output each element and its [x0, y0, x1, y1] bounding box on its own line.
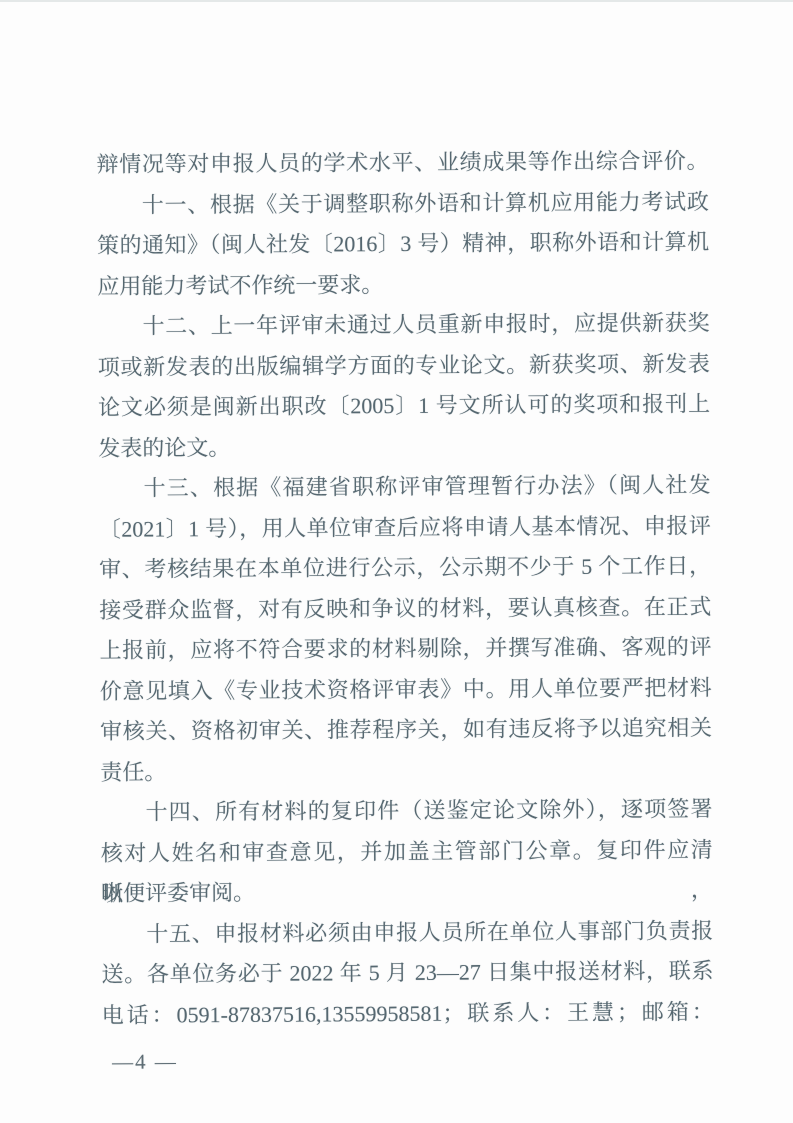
document-line: 十三、根据《福建省职称评审管理暂行办法》（闽人社发	[98, 465, 710, 509]
document-line: 上报前，应将不符合要求的材料剔除，并撰写准确、客观的评	[99, 627, 711, 671]
document-line: 十二、上一年评审未通过人员重新申报时，应提供新获奖	[97, 303, 709, 347]
document-line: 辩情况等对申报人员的学术水平、业绩成果等作出综合评价。	[96, 141, 708, 185]
document-line: 策的通知》（闽人社发〔2016〕3 号）精神，职称外语和计算机	[97, 222, 709, 266]
document-line: 十四、所有材料的复印件（送鉴定论文除外），逐项签署	[100, 789, 712, 833]
document-line: 审、考核结果在本单位进行公示，公示期不少于 5 个工作日，	[99, 546, 711, 590]
document-line: 接受群众监督，对有反映和争议的材料，要认真核查。在正式	[99, 587, 711, 631]
document-line: 送。各单位务必于 2022 年 5 月 23—27 日集中报送材料，联系	[101, 951, 713, 995]
document-line: 责任。	[100, 749, 712, 793]
document-line: 电话：0591-87837516,13559958581；联系人：王慧；邮箱：	[102, 992, 714, 1036]
scan-tilt-wrapper: 辩情况等对申报人员的学术水平、业绩成果等作出综合评价。 十一、根据《关于调整职称…	[0, 0, 793, 1123]
scanned-document-page: 辩情况等对申报人员的学术水平、业绩成果等作出综合评价。 十一、根据《关于调整职称…	[0, 0, 793, 1123]
document-line: 十一、根据《关于调整职称外语和计算机应用能力考试政	[97, 182, 709, 226]
document-line: 发表的论文。	[98, 425, 710, 469]
document-line: 〔2021〕1 号），用人单位审查后应将申请人基本情况、申报评	[99, 506, 711, 550]
document-line: 应用能力考试不作统一要求。	[97, 263, 709, 307]
document-line: 审核关、资格初审关、推荐程序关，如有违反将予以追究相关	[100, 708, 712, 752]
document-body: 辩情况等对申报人员的学术水平、业绩成果等作出综合评价。 十一、根据《关于调整职称…	[96, 141, 713, 1036]
document-line: 项或新发表的出版编辑学方面的专业论文。新获奖项、新发表	[98, 344, 710, 388]
document-line: 十五、申报材料必须由申报人员所在单位人事部门负责报	[101, 911, 713, 955]
document-line: 核对人姓名和审查意见，并加盖主管部门公章。复印件应清晰，	[101, 830, 713, 874]
document-line: 论文必须是闽新出职改〔2005〕1 号文所认可的奖项和报刊上	[98, 384, 710, 428]
page-number: —4 —	[112, 1047, 178, 1075]
document-line: 价意见填入《专业技术资格评审表》中。用人单位要严把材料	[100, 668, 712, 712]
